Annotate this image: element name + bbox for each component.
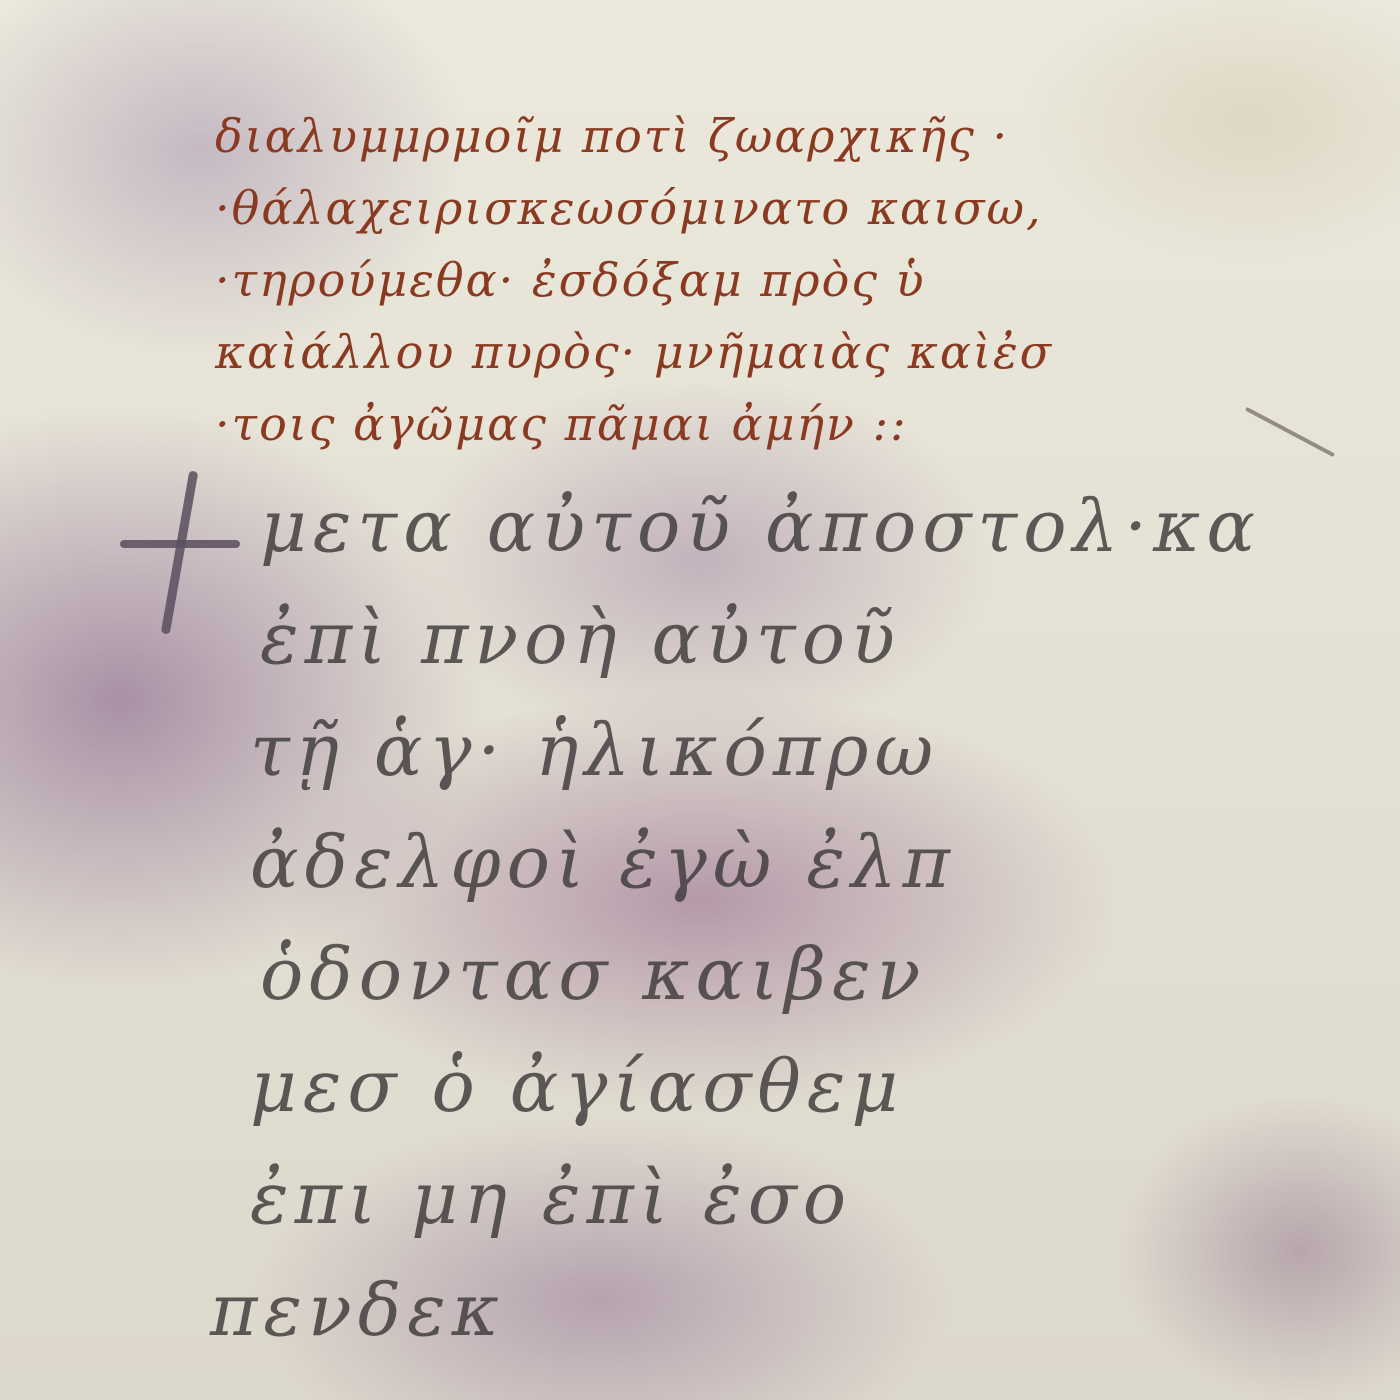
lower-line: τῇ ἁγ· ἡλικόπρω xyxy=(150,694,1330,806)
upper-line: καὶάλλου πυρὸς· μνῆμαιὰς καὶἐσ xyxy=(215,316,1315,388)
upper-line: ·τοις ἀγῶμας πᾶμαι ἀμήν :: xyxy=(215,388,1315,460)
lower-line: μετα αὐτοῦ ἀποστολ·κα xyxy=(150,470,1330,582)
lower-line: ἐπὶ πνοὴ αὐτοῦ xyxy=(150,582,1330,694)
lower-text-block: μετα αὐτοῦ ἀποστολ·κα ἐπὶ πνοὴ αὐτοῦ τῇ … xyxy=(150,470,1330,1366)
upper-line: ·τηρούμεθα· ἐσδόξαμ πρὸς ὑ xyxy=(215,244,1315,316)
lower-line: μεσ ὁ ἀγίασθεμ xyxy=(150,1030,1330,1142)
lower-line: ἀδελφοὶ ἐγὼ ἐλπ xyxy=(150,806,1330,918)
lower-line: ὁδοντασ καιβεν xyxy=(150,918,1330,1030)
upper-line: ·θάλαχειρισκεωσόμινατο καισω, xyxy=(215,172,1315,244)
lower-line: πενδεκ xyxy=(150,1254,1330,1366)
manuscript-page: διαλυμμρμοῖμ ποτὶ ζωαρχικῆς · ·θάλαχειρι… xyxy=(0,0,1400,1400)
upper-text-block: διαλυμμρμοῖμ ποτὶ ζωαρχικῆς · ·θάλαχειρι… xyxy=(215,100,1315,460)
upper-line: διαλυμμρμοῖμ ποτὶ ζωαρχικῆς · xyxy=(215,100,1315,172)
lower-line: ἐπι μη ἐπὶ ἐσο xyxy=(150,1142,1330,1254)
